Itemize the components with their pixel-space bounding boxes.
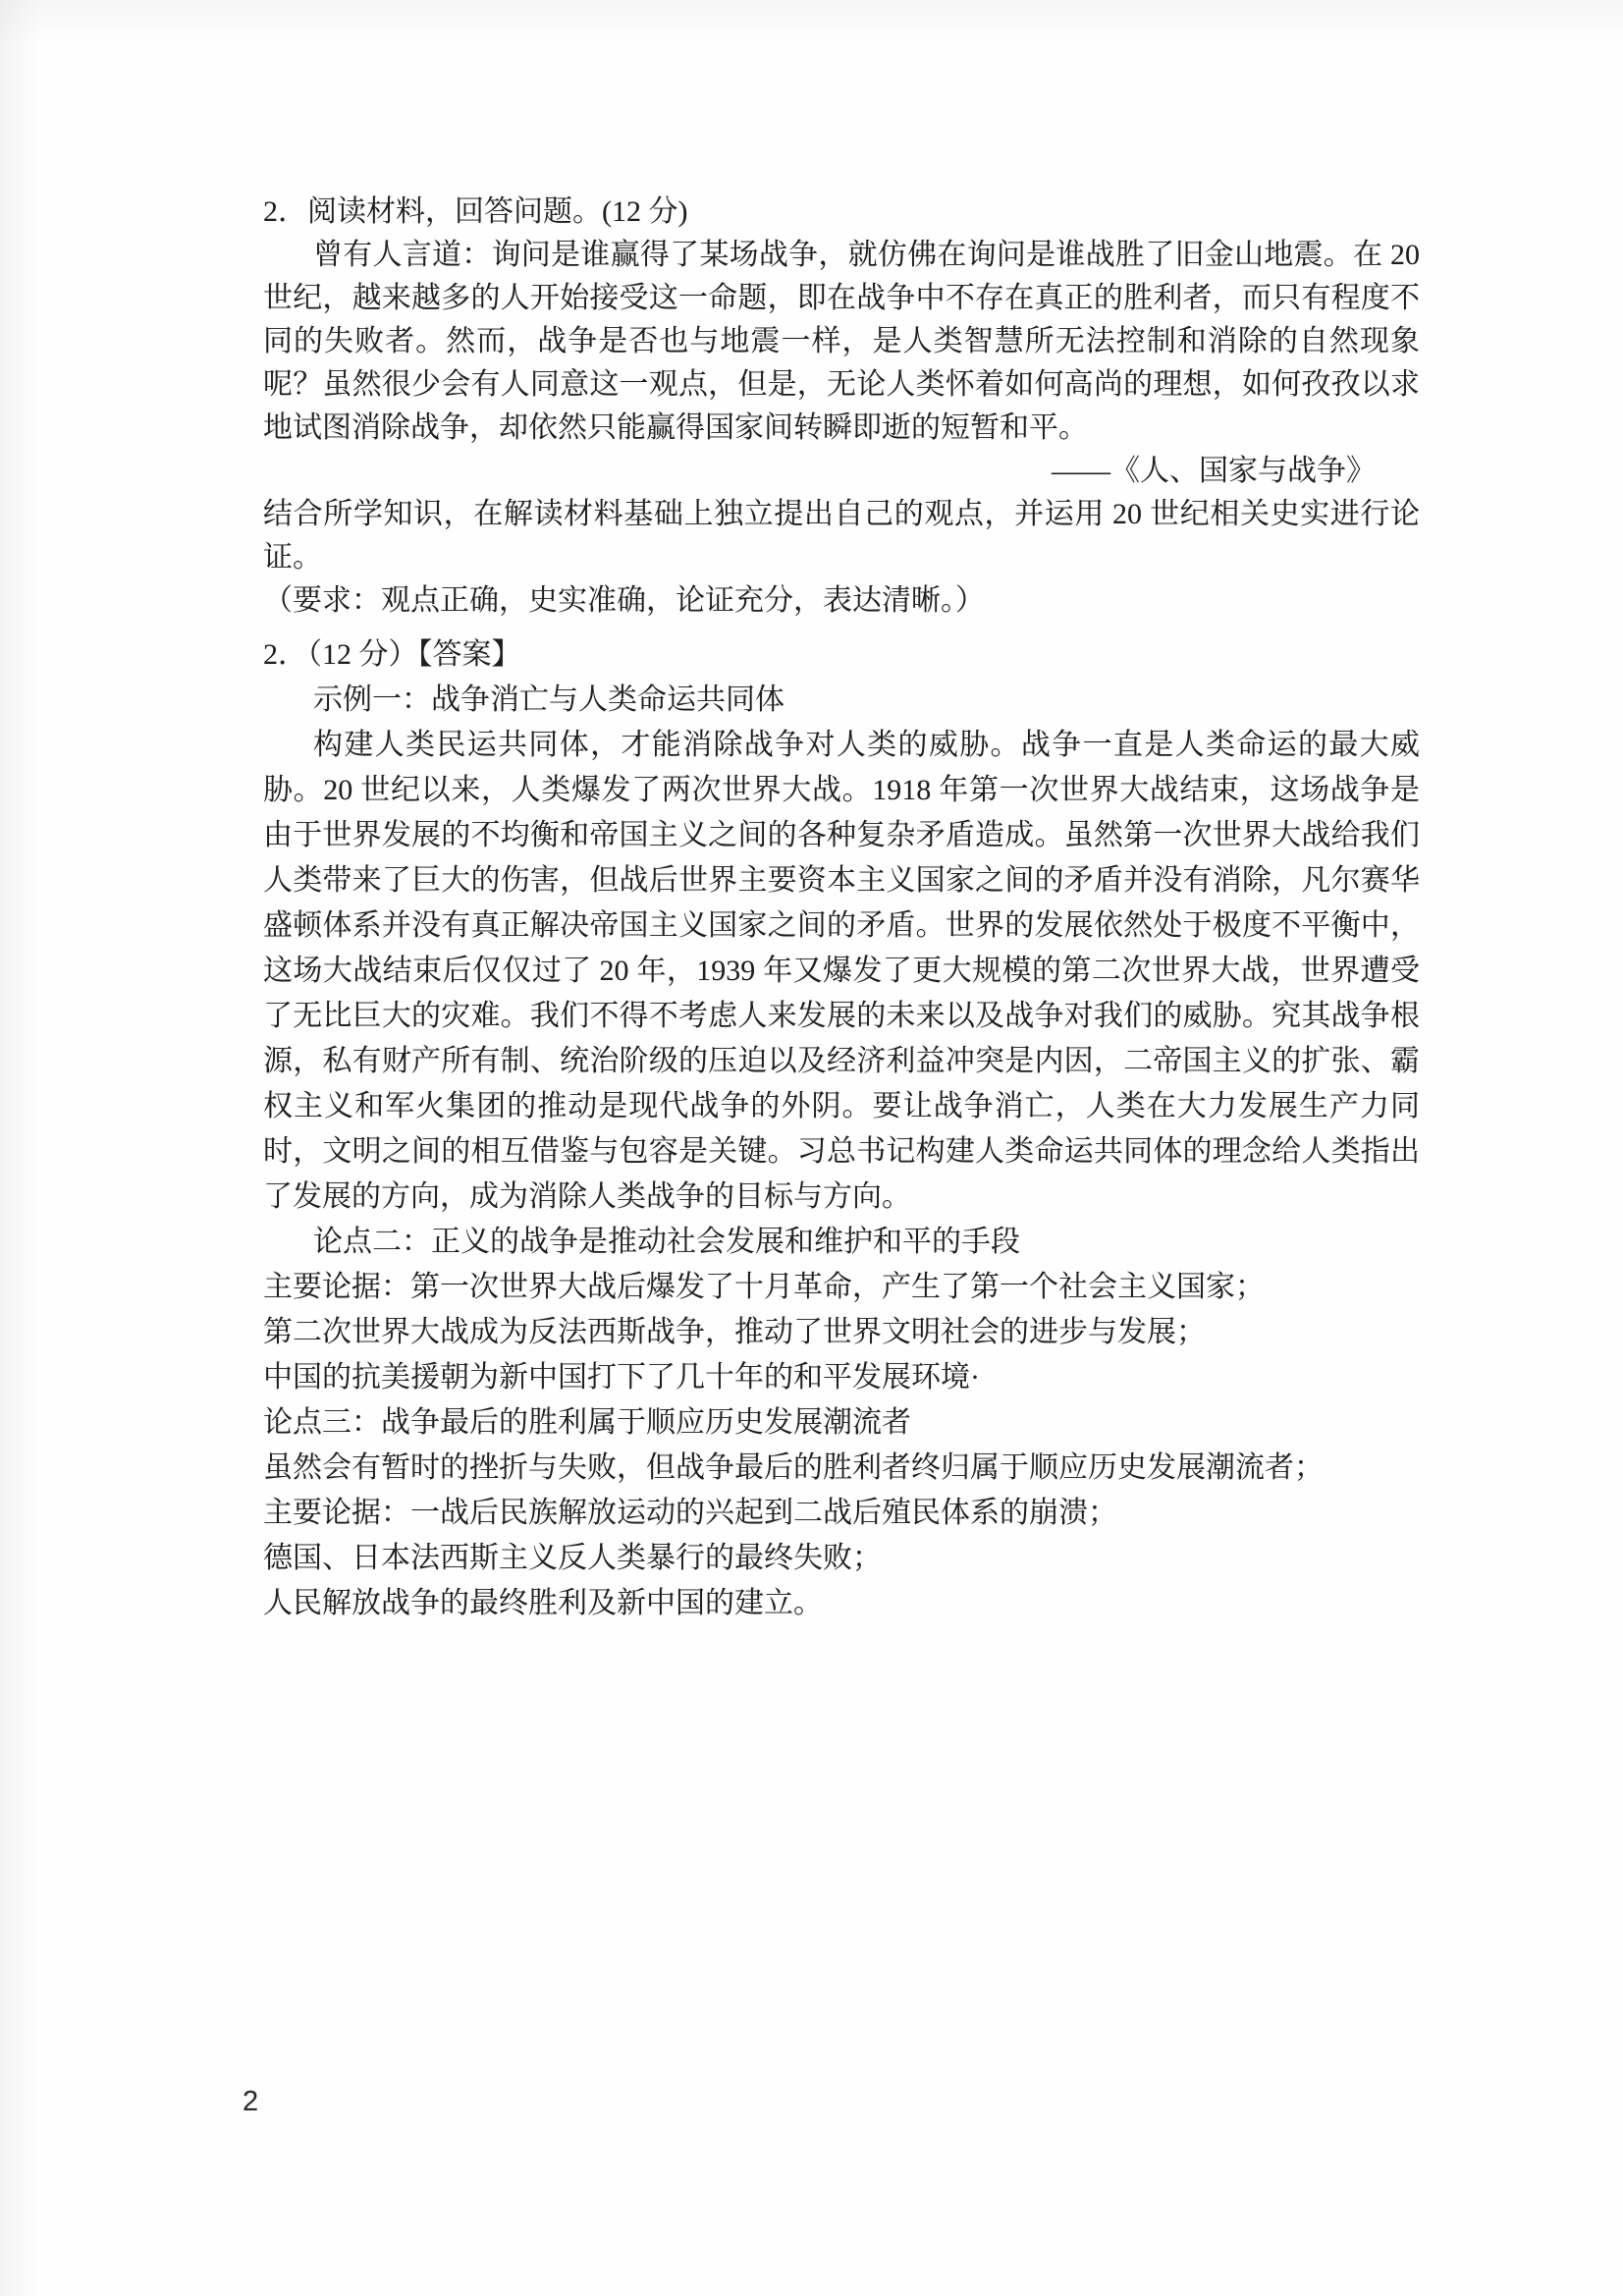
answer-point2-line: 第二次世界大战成为反法西斯战争，推动了世界文明社会的进步与发展； — [263, 1310, 1420, 1355]
answer-point2-line: 主要论据：第一次世界大战后爆发了十月革命，产生了第一个社会主义国家； — [263, 1265, 1420, 1310]
answer-point2-title: 论点二：正义的战争是推动社会发展和维护和平的手段 — [263, 1220, 1420, 1265]
question-section: 2．阅读材料，回答问题。(12 分) 曾有人言道：询问是谁赢得了某场战争，就仿佛… — [263, 191, 1420, 623]
answer-point3-line: 德国、日本法西斯主义反人类暴行的最终失败； — [263, 1536, 1420, 1581]
answer-example1-title: 示例一：战争消亡与人类命运共同体 — [263, 678, 1420, 723]
document-page: 2．阅读材料，回答问题。(12 分) 曾有人言道：询问是谁赢得了某场战争，就仿佛… — [0, 0, 1623, 2296]
answer-point3-line: 主要论据：一战后民族解放运动的兴起到二战后殖民体系的崩溃； — [263, 1491, 1420, 1536]
answer-heading: 2．（12 分）【答案】 — [263, 632, 1420, 678]
source-attribution: ——《人、国家与战争》 — [263, 450, 1420, 493]
answer-section: 2．（12 分）【答案】 示例一：战争消亡与人类命运共同体 构建人类民运共同体，… — [263, 632, 1420, 1626]
question-material: 曾有人言道：询问是谁赢得了某场战争，就仿佛在询问是谁战胜了旧金山地震。在 20 … — [263, 234, 1420, 450]
question-heading: 2．阅读材料，回答问题。(12 分) — [263, 191, 1420, 234]
answer-point3-title: 论点三：战争最后的胜利属于顺应历史发展潮流者 — [263, 1400, 1420, 1446]
question-task: 结合所学知识，在解读材料基础上独立提出自己的观点，并运用 20 世纪相关史实进行… — [263, 493, 1420, 579]
page-content: 2．阅读材料，回答问题。(12 分) 曾有人言道：询问是谁赢得了某场战争，就仿佛… — [263, 191, 1420, 1626]
answer-point3-line: 虽然会有暂时的挫折与失败，但战争最后的胜利者终归属于顺应历史发展潮流者； — [263, 1446, 1420, 1491]
answer-example1-body: 构建人类民运共同体，才能消除战争对人类的威胁。战争一直是人类命运的最大威胁。20… — [263, 723, 1420, 1220]
answer-point3-line: 人民解放战争的最终胜利及新中国的建立。 — [263, 1581, 1420, 1626]
answer-point2-line: 中国的抗美援朝为新中国打下了几十年的和平发展环境· — [263, 1355, 1420, 1400]
page-number: 2 — [243, 2086, 258, 2118]
question-requirement: （要求：观点正确，史实准确，论证充分，表达清晰。） — [263, 579, 1420, 623]
